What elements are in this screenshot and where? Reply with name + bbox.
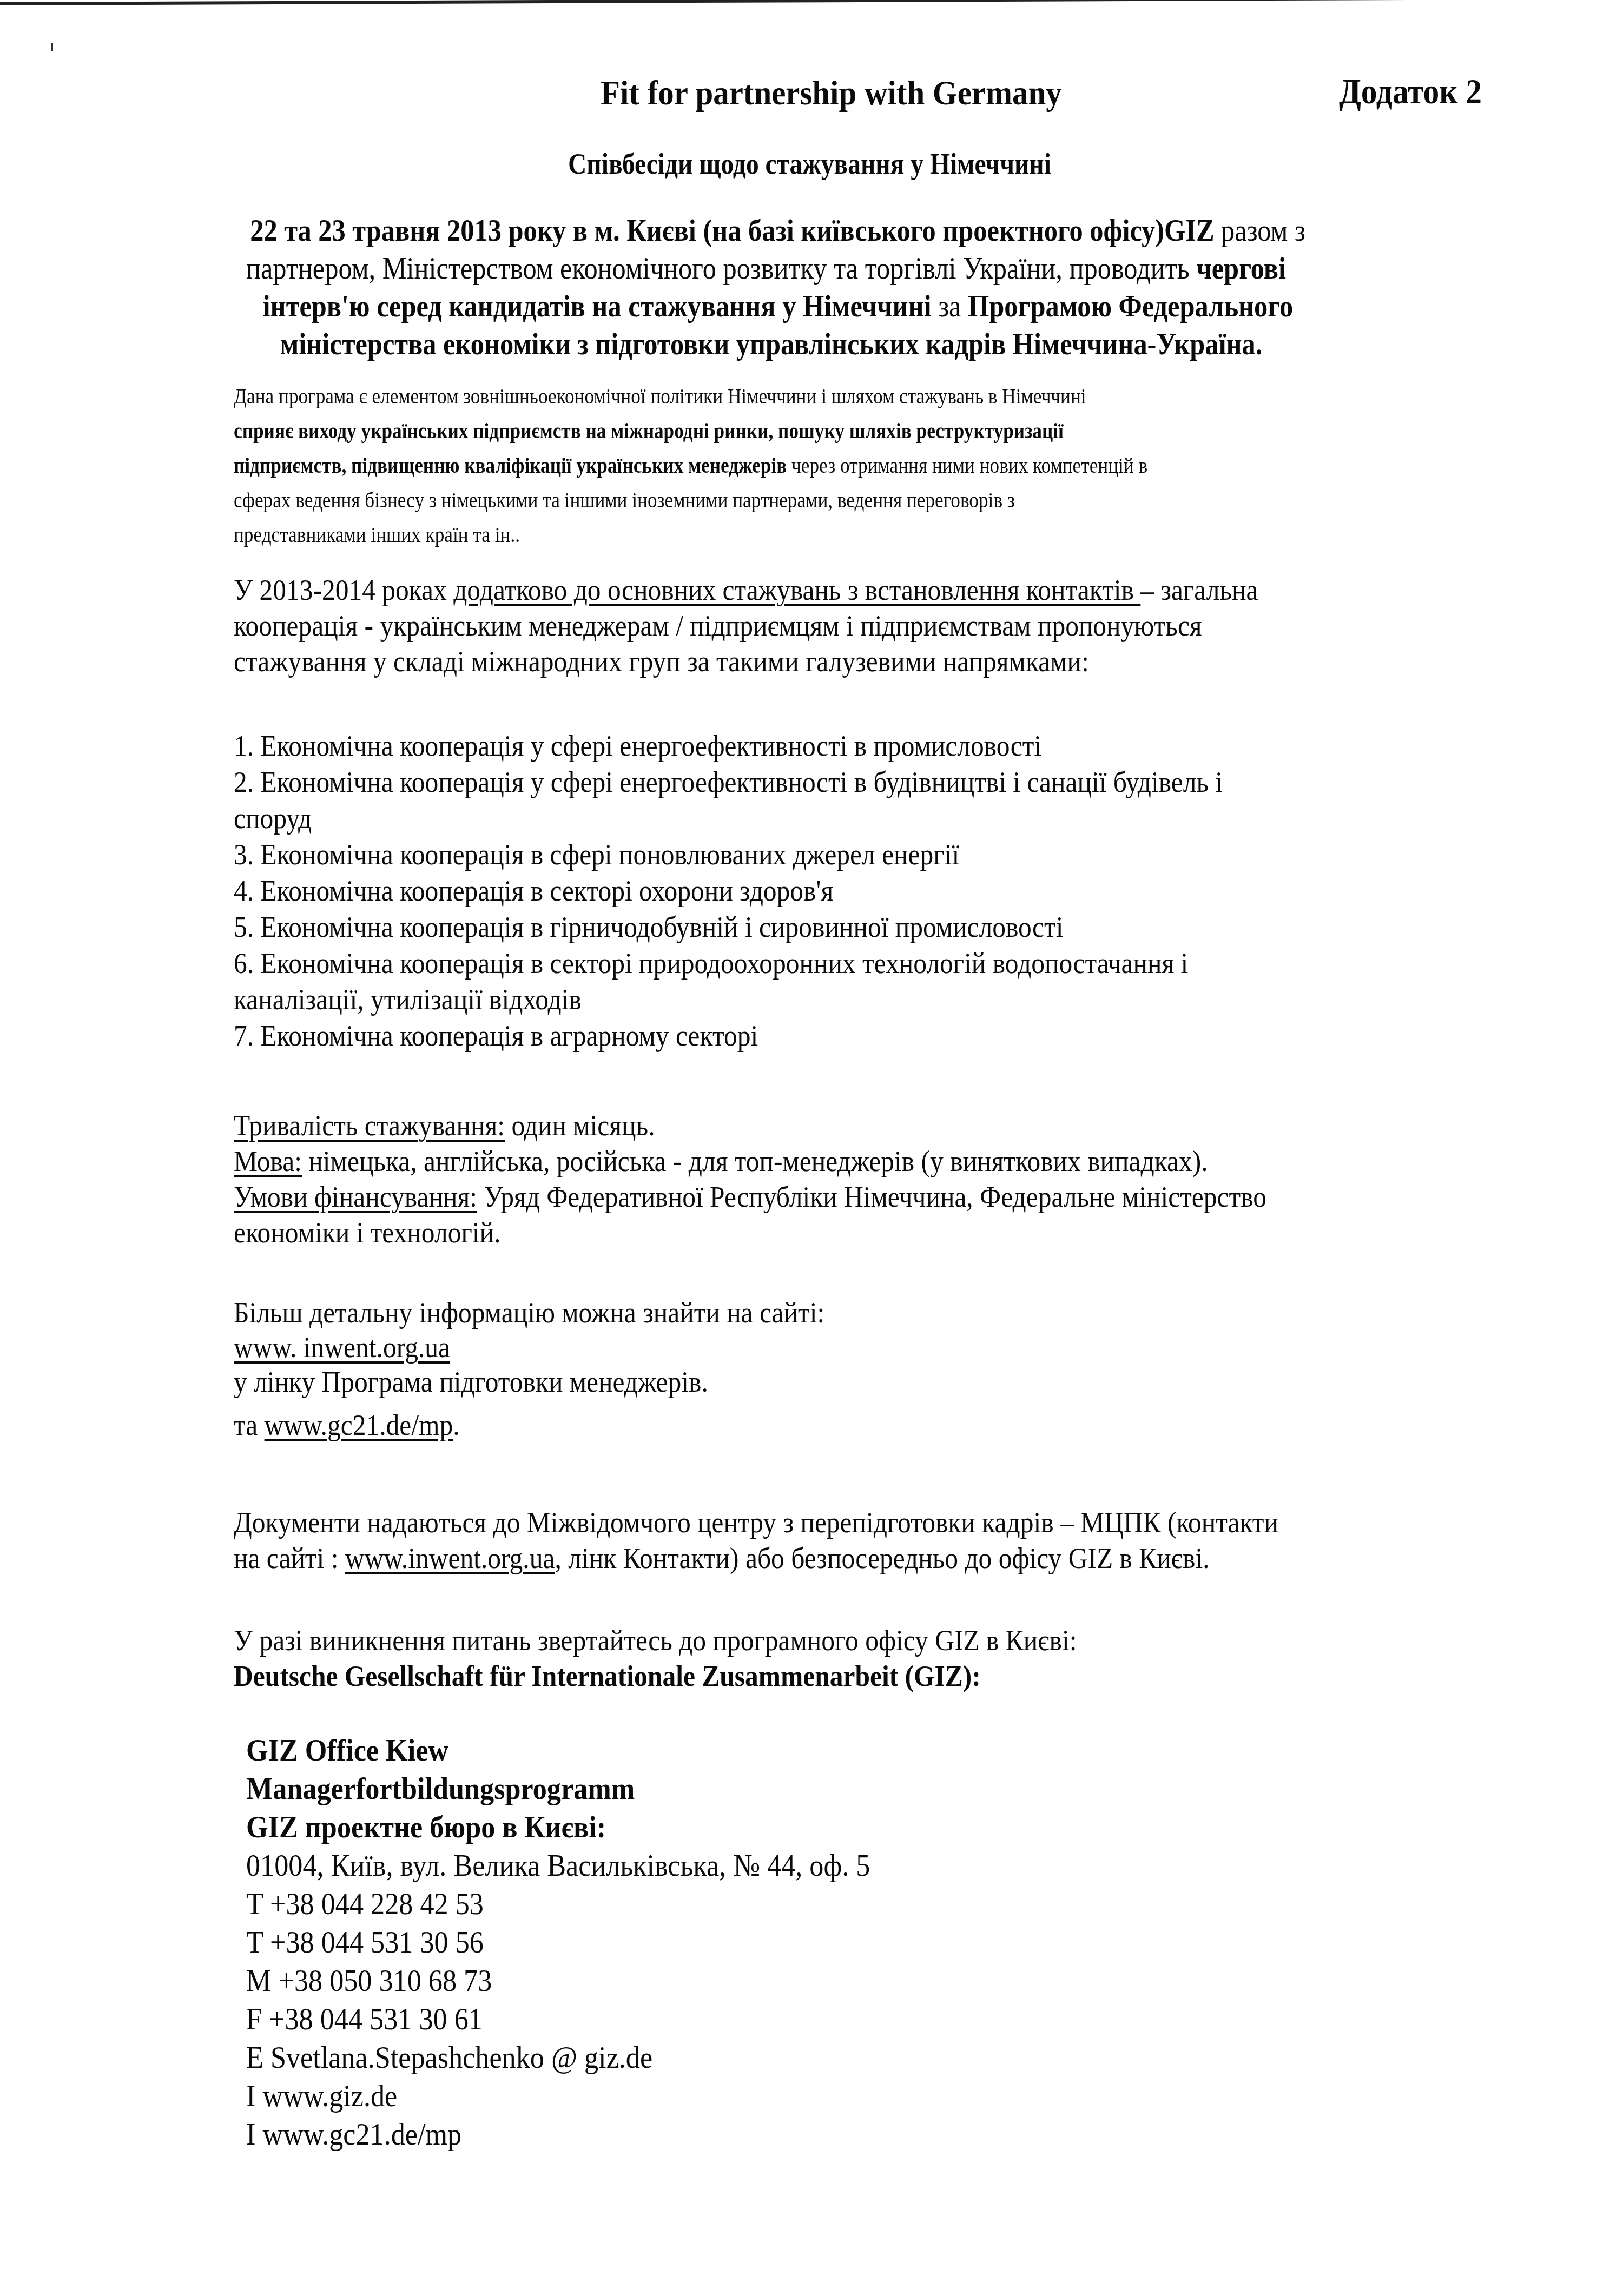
- more-info-note: у лінку Програма підготовки менеджерів.: [234, 1365, 824, 1399]
- funding-value: Уряд Федеративної Республіки Німеччина, …: [477, 1180, 1266, 1213]
- office-name: GIZ Office Kiew: [246, 1731, 870, 1769]
- documents-paragraph: Документи надаються до Міжвідомчого цент…: [234, 1505, 1278, 1576]
- language-value: німецька, англійська, російська - для то…: [302, 1144, 1208, 1177]
- directions-list: 1. Економічна кооперація у сфері енергое…: [234, 727, 1223, 1054]
- program-name: Managerfortbildungsprogramm: [246, 1769, 870, 1808]
- direction-item-continuation: споруд: [234, 800, 1223, 836]
- direction-item: 4. Економічна кооперація в секторі охоро…: [234, 872, 1223, 909]
- documents-line-1: Документи надаються до Міжвідомчого цент…: [234, 1505, 1278, 1540]
- inwent-contacts-link[interactable]: www.inwent.org.ua: [345, 1541, 555, 1574]
- funding-line-continuation: економіки і технологій.: [234, 1215, 1266, 1250]
- gc21-link[interactable]: www.gc21.de/mp: [265, 1408, 453, 1441]
- more-info-intro: Більш детальну інформацію можна знайти н…: [234, 1295, 824, 1330]
- annex-label: Додаток 2: [1339, 71, 1482, 113]
- document-title: Fit for partnership with Germany: [601, 73, 1062, 113]
- direction-item: 6. Економічна кооперація в секторі приро…: [234, 945, 1223, 981]
- funding-line: Умови фінансування: Уряд Федеративної Ре…: [234, 1179, 1266, 1215]
- program-description-line: сприяє виходу українських підприємств на…: [234, 413, 1147, 448]
- lead-line-2: партнером, Міністерством економічного ро…: [246, 250, 1454, 288]
- giz-org-name: Deutsche Gesellschaft für Internationale…: [234, 1658, 1077, 1694]
- duration-value: один місяць.: [505, 1109, 655, 1142]
- phone-1: T +38 044 228 42 53: [246, 1884, 870, 1923]
- website-gc21: I www.gc21.de/mp: [246, 2115, 870, 2153]
- address: 01004, Київ, вул. Велика Васильківська, …: [246, 1846, 870, 1884]
- document-subtitle: Співбесіди щодо стажування у Німеччині: [568, 147, 1051, 181]
- contact-block: GIZ Office Kiew Managerfortbildungsprogr…: [246, 1731, 870, 2153]
- language-label: Мова:: [234, 1144, 302, 1177]
- lead-paragraph: 22 та 23 травня 2013 року в м. Києві (на…: [246, 212, 1454, 363]
- questions-block: У разі виникнення питань звертайтесь до …: [234, 1623, 1077, 1694]
- conditions-block: Тривалість стажування: один місяць. Мова…: [234, 1108, 1266, 1250]
- mobile-phone: M +38 050 310 68 73: [246, 1961, 870, 2000]
- website-giz: I www.giz.de: [246, 2076, 870, 2115]
- direction-item-continuation: каналізації, утилізації відходів: [234, 981, 1223, 1017]
- program-description-line: представниками інших країн та ін..: [234, 517, 1147, 552]
- direction-item: 7. Економічна кооперація в аграрному сек…: [234, 1017, 1223, 1054]
- document-page: Fit for partnership with Germany Додаток…: [0, 0, 1623, 2296]
- lead-line-4: міністерства економіки з підготовки упра…: [246, 326, 1454, 363]
- questions-line: У разі виникнення питань звертайтесь до …: [234, 1623, 1077, 1658]
- fax: F +38 044 531 30 61: [246, 2000, 870, 2038]
- direction-item: 1. Економічна кооперація у сфері енергое…: [234, 727, 1223, 764]
- language-line: Мова: німецька, англійська, російська - …: [234, 1143, 1266, 1179]
- program-description: Дана програма є елементом зовнішньоеконо…: [234, 379, 1147, 552]
- intro-line-1: У 2013-2014 роках додатково до основних …: [234, 572, 1258, 608]
- documents-line-2: на сайті : www.inwent.org.ua, лінк Конта…: [234, 1540, 1278, 1576]
- program-description-line: Дана програма є елементом зовнішньоеконо…: [234, 379, 1147, 413]
- intro-underlined-phrase: додатково до основних стажувань з встано…: [453, 573, 1140, 606]
- bureau-name: GIZ проектне бюро в Києві:: [246, 1808, 870, 1846]
- email: E Svetlana.Stepashchenko @ giz.de: [246, 2038, 870, 2076]
- inwent-link[interactable]: www. inwent.org.ua: [234, 1331, 450, 1364]
- duration-label: Тривалість стажування:: [234, 1109, 505, 1142]
- funding-label: Умови фінансування:: [234, 1180, 477, 1213]
- lead-line-1: 22 та 23 травня 2013 року в м. Києві (на…: [246, 212, 1454, 250]
- duration-line: Тривалість стажування: один місяць.: [234, 1108, 1266, 1143]
- direction-item: 3. Економічна кооперація в сфері поновлю…: [234, 836, 1223, 872]
- intro-line-3: стажування у складі міжнародних груп за …: [234, 644, 1258, 679]
- more-info-block: Більш детальну інформацію можна знайти н…: [234, 1295, 824, 1443]
- intro-paragraph: У 2013-2014 роках додатково до основних …: [234, 572, 1258, 679]
- phone-2: T +38 044 531 30 56: [246, 1923, 870, 1961]
- direction-item: 5. Економічна кооперація в гірничодобувн…: [234, 909, 1223, 945]
- direction-item: 2. Економічна кооперація у сфері енергое…: [234, 764, 1223, 800]
- intro-line-2: кооперація - українським менеджерам / пі…: [234, 608, 1258, 644]
- lead-line-3: інтерв'ю серед кандидатів на стажування …: [246, 288, 1454, 326]
- program-description-line: підприємств, підвищенню кваліфікації укр…: [234, 448, 1147, 482]
- program-description-line: сферах ведення бізнесу з німецькими та і…: [234, 482, 1147, 517]
